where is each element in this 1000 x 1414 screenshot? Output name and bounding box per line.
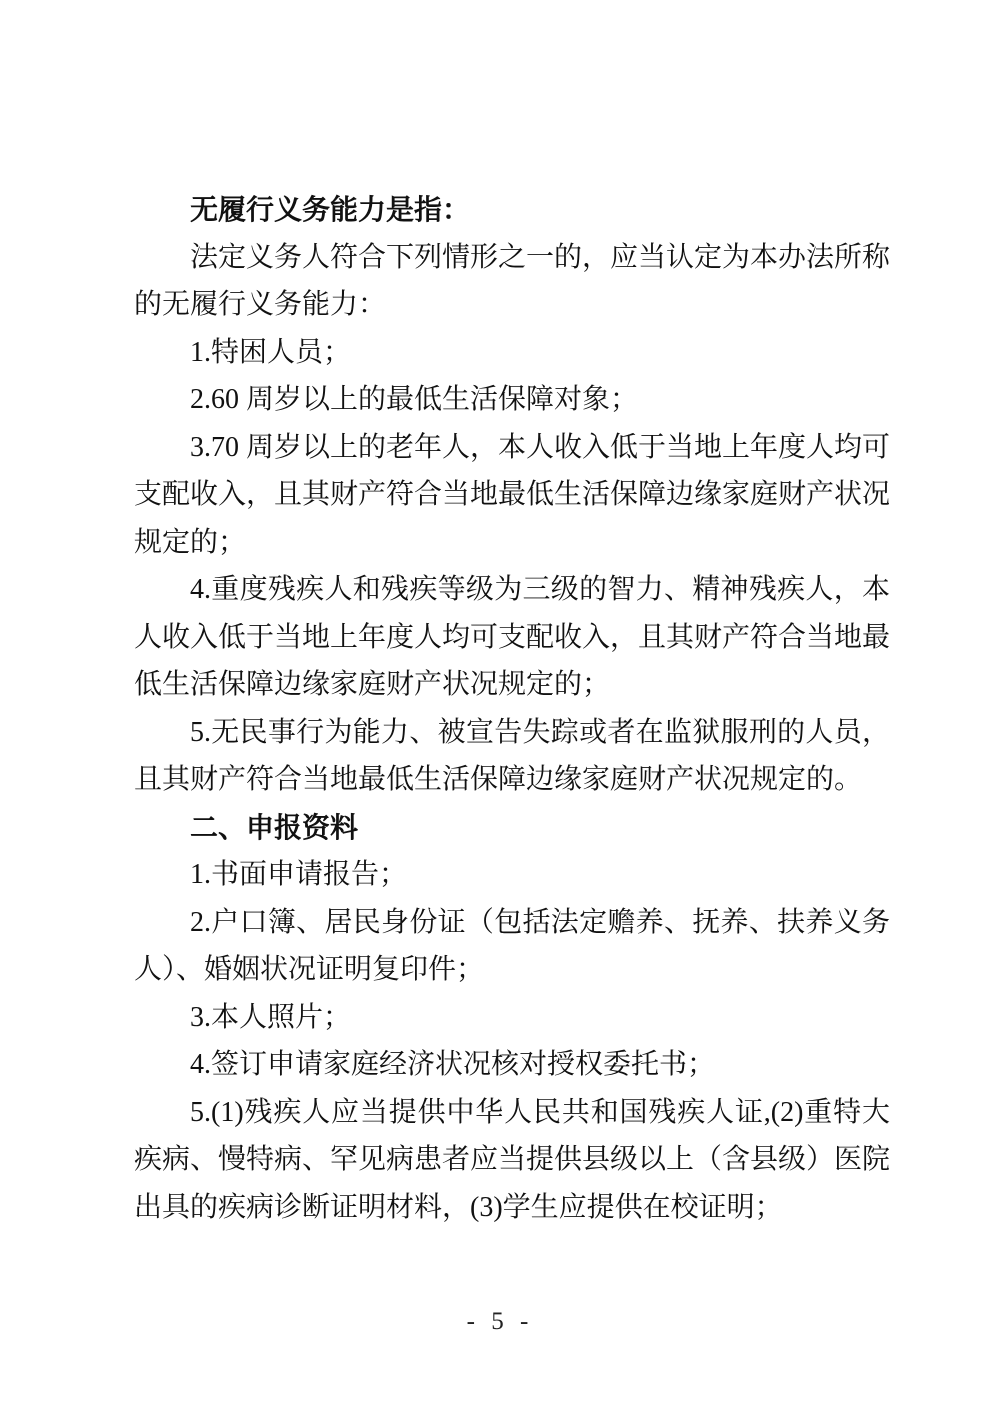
material-item-1-written-application: 1.书面申请报告； [134,851,890,899]
material-item-5-certificates: 5.(1)残疾人应当提供中华人民共和国残疾人证,(2)重特大疾病、慢特病、罕见病… [134,1089,890,1232]
page-number: - 5 - [0,1308,1000,1336]
material-item-4-authorization: 4.签订申请家庭经济状况核对授权委托书； [134,1041,890,1089]
document-body: 无履行义务能力是指： 法定义务人符合下列情形之一的，应当认定为本办法所称的无履行… [134,186,890,1231]
paragraph-definition-intro: 法定义务人符合下列情形之一的，应当认定为本办法所称的无履行义务能力： [134,234,890,329]
material-item-3-photo: 3.本人照片； [134,994,890,1042]
list-item-4-severe-disability: 4.重度残疾人和残疾等级为三级的智力、精神残疾人，本人收入低于当地上年度人均可支… [134,566,890,709]
list-item-2-over-60: 2.60 周岁以上的最低生活保障对象； [134,376,890,424]
list-item-1-tekun-personnel: 1.特困人员； [134,329,890,377]
section-heading-no-ability-definition: 无履行义务能力是指： [134,186,890,234]
document-page: 无履行义务能力是指： 法定义务人符合下列情形之一的，应当认定为本办法所称的无履行… [0,0,1000,1414]
section-heading-application-materials: 二、申报资料 [134,804,890,852]
list-item-5-no-civil-capacity: 5.无民事行为能力、被宣告失踪或者在监狱服刑的人员，且其财产符合当地最低生活保障… [134,709,890,804]
material-item-2-household-id: 2.户口簿、居民身份证（包括法定赡养、抚养、扶养义务人）、婚姻状况证明复印件； [134,899,890,994]
list-item-3-over-70: 3.70 周岁以上的老年人，本人收入低于当地上年度人均可支配收入，且其财产符合当… [134,424,890,567]
